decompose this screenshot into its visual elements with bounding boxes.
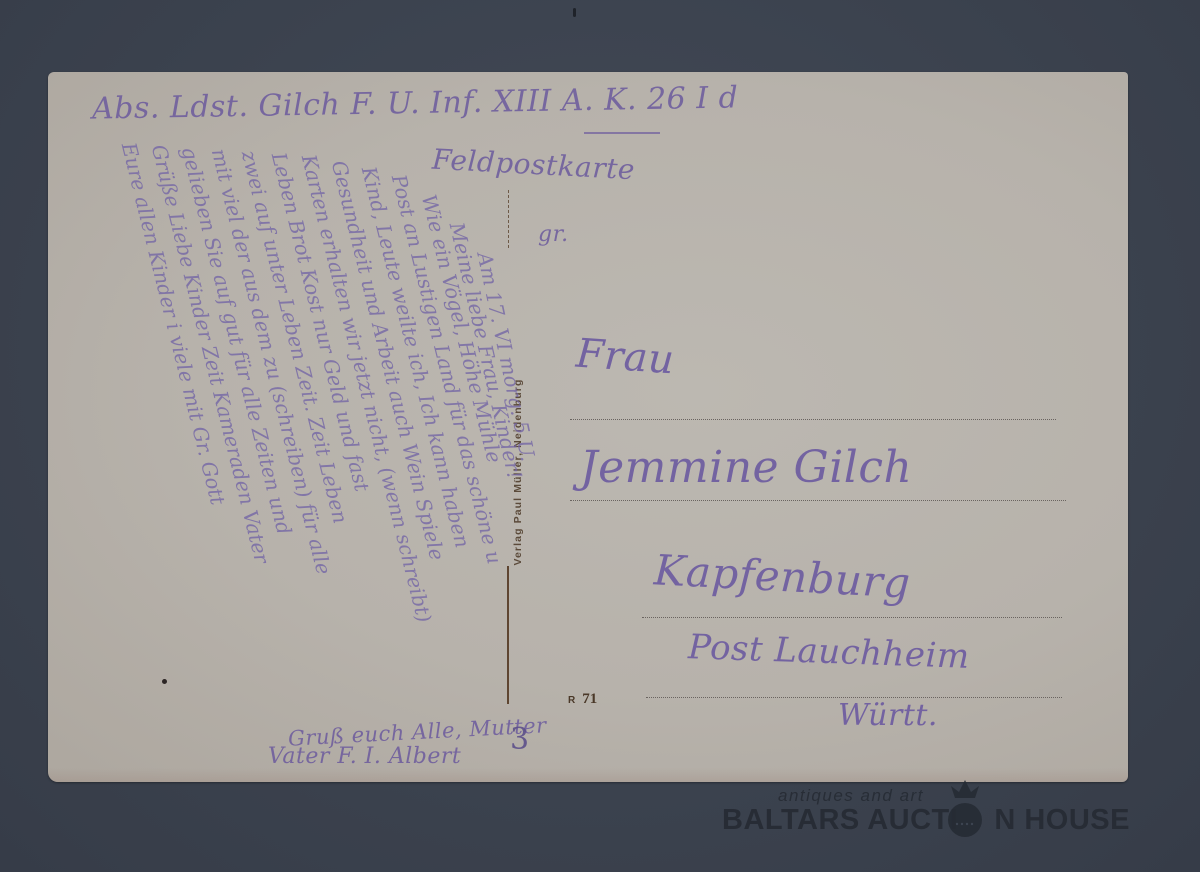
watermark-name: BALTARS AUCTIN HOUSE — [722, 804, 1130, 837]
sender-header-handwriting: Abs. Ldst. Gilch F. U. Inf. XIII A. K. 2… — [92, 80, 739, 126]
card-code-number: 71 — [582, 691, 597, 707]
dust-speck — [573, 8, 576, 17]
printed-divider-dotted — [508, 190, 509, 248]
watermark-name-part2: N HOUSE — [994, 804, 1130, 836]
watermark-name-part1: BALTARS AUCTI — [722, 804, 958, 836]
watermark-tagline: antiques and art — [778, 786, 924, 806]
address-line-2 — [570, 500, 1066, 501]
printed-divider-solid — [507, 566, 509, 704]
card-code-prefix: R — [568, 695, 575, 706]
address-post-office: Post Lauchheim — [687, 627, 970, 677]
address-region: Württ. — [838, 698, 938, 733]
postcard-back: Verlag Paul Müller, Neidenburg R71 Abs. … — [48, 72, 1128, 782]
page-number-handwriting: 3 — [510, 722, 530, 757]
roman-numeral-overline — [584, 132, 660, 134]
address-line-3 — [642, 617, 1062, 618]
card-code: R71 — [568, 690, 597, 708]
feldpost-sub-handwriting: gr. — [538, 222, 569, 247]
address-salutation: Frau — [575, 331, 676, 384]
address-town: Kapfenburg — [653, 545, 912, 607]
ink-dot — [162, 679, 167, 684]
address-line-1 — [570, 419, 1056, 420]
feldpostkarte-handwriting: Feldpostkarte — [431, 143, 636, 187]
address-recipient-name: Jemmine Gilch — [580, 442, 912, 493]
photo-stage: Verlag Paul Müller, Neidenburg R71 Abs. … — [0, 0, 1200, 872]
crown-orb-logo-icon — [947, 778, 983, 840]
signature-handwriting: Vater F. I. Albert — [268, 744, 461, 769]
